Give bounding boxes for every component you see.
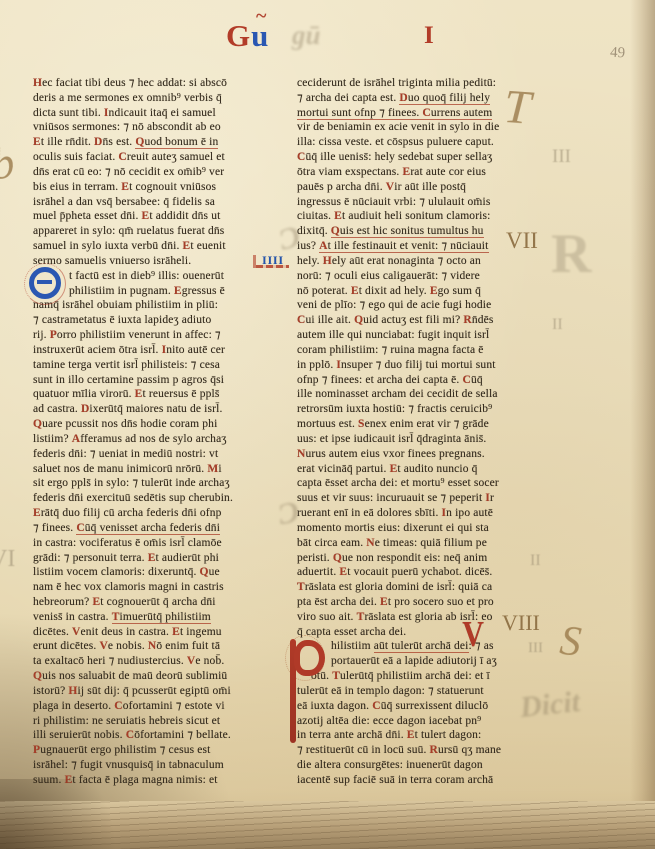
text-run: die altera consurgētes: inuenerūt dagon <box>297 759 483 771</box>
running-header-showthrough: gū <box>292 20 321 51</box>
text-line: sermo samuelis vniuerso isrāheli.IIII <box>33 254 291 269</box>
text-line: Nurus autem eius vxor finees pregnans. <box>297 447 555 462</box>
text-run: dn̄s erat cū eo: ⁊ nō cecidit ex om̄ib⁹ … <box>33 166 224 178</box>
rubricated-capital: E <box>430 285 438 297</box>
text-run: listiim vocem clamoris: dixeruntq̄. <box>33 566 200 578</box>
text-line: Hec faciat tibi deus ⁊ hec addat: si abs… <box>33 76 291 91</box>
rubricated-capital: D <box>94 136 102 148</box>
text-line: azotij altēa die: ecce dagon iacebat pn⁹ <box>297 714 555 729</box>
rubricated-capital: E <box>148 552 156 564</box>
text-run: e nobis. <box>108 640 148 652</box>
text-line: illi seruierūt nobis. Cōfortamini ⁊ bell… <box>33 728 291 743</box>
text-run: orro philistiim venerunt in affec: ⁊ <box>57 329 221 341</box>
rubricated-capital: E <box>135 388 143 400</box>
text-line: erat vicināq̄ partui. Et audito nuncio q… <box>297 462 555 477</box>
text-line: ri philistim: ne seruiatis hebreis sicut… <box>33 714 291 729</box>
text-run: iacentē sup faciē suā in terra coram arc… <box>297 774 493 786</box>
text-run: isrāhel: ⁊ fugit vnusquisq̄ in tabnaculu… <box>33 759 224 771</box>
text-line: peristi. Que non respondit eis: neq̄ ani… <box>297 551 555 566</box>
text-run: ō enim fuit tā <box>156 640 220 652</box>
text-run: ndicauit itaq̄ ei samuel <box>109 107 216 119</box>
text-run: istorū? <box>33 685 68 697</box>
text-run: t ingemu <box>180 626 222 638</box>
rubricated-capital: C <box>462 374 470 386</box>
rubricated-capital: D <box>399 92 407 105</box>
text-line: uus: et ipse iudicauit isrl̄ q̄draginta … <box>297 432 555 447</box>
initial-letter-shape <box>29 267 61 299</box>
right-margin-flourish-s: S <box>558 617 584 667</box>
running-header-letter: G <box>226 18 251 53</box>
text-line: Et ille rn̄dit. Dn̄s est. Quod bonum ē i… <box>33 135 291 150</box>
text-run: ue non respondit eis: neq̄ anim <box>342 552 487 564</box>
text-line: capta ēsset archa dei: et mortu⁹ esset s… <box>297 476 555 491</box>
rubricated-capital: M <box>207 463 218 475</box>
rubricated-phrase: t ille festinauit et venit: ⁊ nūciauit <box>328 240 489 253</box>
text-line: ta exaltacō heri ⁊ nudiustercius. Ve nob… <box>33 654 291 669</box>
text-line: sit ergo ppls̄ in sylo: ⁊ tulerūt inde a… <box>33 476 291 491</box>
rubricated-capital: Q <box>200 566 209 578</box>
text-line: grādi: ⁊ personuit terra. Et audierūt ph… <box>33 551 291 566</box>
text-run: uis nos saluabit de maū deorū sublimiū <box>42 670 227 682</box>
text-run: bis eius in terram. <box>33 181 121 193</box>
text-run: illa: cissa veste. et cōspsus puluere ca… <box>297 136 494 148</box>
text-run: t vocauit puerū ychabot. dicēs̄. <box>347 566 492 578</box>
rubricated-phrase: aūt tulerūt archā dei <box>374 640 469 653</box>
text-run: ursū qʒ mane <box>438 744 501 756</box>
text-run: dicētes. <box>33 626 72 638</box>
rubricated-capital: E <box>33 507 41 519</box>
text-line: momento mortis eius: dixerunt ei qui sta <box>297 521 555 536</box>
text-run: ciuitas. <box>297 210 334 222</box>
chapter-numeral: IIII <box>259 254 287 269</box>
text-run: plaga in deserto. <box>33 700 114 712</box>
text-run: quatuor mīlia virorū. <box>33 388 135 400</box>
text-line: namq̄ isrāhel obuiam philistiim in pliū: <box>33 298 291 313</box>
text-run: philistiim in pugnam. <box>69 285 174 297</box>
text-run: oculis suis faciat. <box>33 151 118 163</box>
text-run: portauerūt eā a lapide adiutorij ī aʒ <box>331 655 497 667</box>
text-line: ille nominasset archam dei cecidit de se… <box>297 387 555 402</box>
text-line: quatuor mīlia virorū. Et reuersus ē ppls… <box>33 387 291 402</box>
rubricated-phrase: uo quoq̄ filij hely <box>408 92 490 105</box>
text-run: deris a me sermones ex omnib⁹ verbis q̄ <box>33 92 222 104</box>
text-line: sunt in illo certamine passim p agros q̄… <box>33 373 291 388</box>
text-line: Pugnauerūt ergo philistim ⁊ cesus est <box>33 743 291 758</box>
rubricated-phrase: mortui sunt ofnp ⁊ finees. <box>297 107 422 120</box>
text-run: instruxerūt aciem ōtra isrl̄. <box>33 344 162 356</box>
text-run: sit ergo ppls̄ in sylo: ⁊ tulerūt inde a… <box>33 477 230 489</box>
text-run: namq̄ isrāhel obuiam philistiim in pliū: <box>33 299 218 311</box>
text-column-right: ceciderunt de isrāhel triginta milia ped… <box>297 76 555 788</box>
text-line: federis dn̄i: ⁊ ueniat in mediū nostri: … <box>33 447 291 462</box>
running-header-flourish: ~ <box>256 5 267 28</box>
rubricated-capital: C <box>126 729 134 741</box>
rubricated-capital: Q <box>333 552 342 564</box>
text-line: ⁊ castrametatus ē iuxta lapideʒ adiuto <box>33 313 291 328</box>
text-line: listiim? Afferamus ad nos de sylo archaʒ <box>33 432 291 447</box>
text-run: dicta sunt tibi. <box>33 107 104 119</box>
text-run: bāt circa eam. <box>297 537 366 549</box>
text-run: pauēs p archa dn̄i. <box>297 181 386 193</box>
text-run: dixitq̄. <box>297 225 331 237</box>
text-run: nito autē cer <box>166 344 225 356</box>
rubricated-capital: T <box>332 670 340 682</box>
text-line: nō poterat. Et dixit ad hely. Ego sum q̄ <box>297 284 555 299</box>
rubricated-capital: C <box>422 107 430 120</box>
text-run: ōfortamini ⁊ bellate. <box>134 729 231 741</box>
text-run: ⁊ finees. <box>33 522 76 534</box>
text-run: eā iuxta dagon. <box>297 700 372 712</box>
text-line: erunt dicētes. Ve nobis. Nō enim fuit tā <box>33 639 291 654</box>
text-run: samuel in sylo iuxta verbū dn̄i. <box>33 240 183 252</box>
rubricated-capital: E <box>172 626 180 638</box>
text-run: erat vicināq̄ partui. <box>297 463 390 475</box>
text-run: nam ē hec vox clamoris magni in castris <box>33 581 224 593</box>
text-run: pta ēst archa dei. <box>297 596 380 608</box>
text-run: reuit auteʒ samuel et <box>127 151 225 163</box>
text-line: in pplō. Insuper ⁊ duo filij tui mortui … <box>297 358 555 373</box>
text-line: dn̄s erat cū eo: ⁊ nō cecidit ex om̄ib⁹ … <box>33 165 291 180</box>
right-margin-ghost-iii-2: III <box>528 640 543 657</box>
rubricated-capital: R <box>430 744 438 756</box>
text-line: pauēs p archa dn̄i. Vir aūt ille postq̄ <box>297 180 555 195</box>
text-line: in castra: vociferatus ē om̄is isrl̄ cla… <box>33 536 291 551</box>
text-line: otū. Tulerūtq̄ philistiim archā dei: et … <box>311 669 555 684</box>
text-line: suus et vir suus: incuruauit se ⁊ peperi… <box>297 491 555 506</box>
text-run: ue <box>209 566 220 578</box>
text-line: coram philistiim: ⁊ ruina magna facta ē <box>297 343 555 358</box>
text-line: hely. Hely aūt erat nonaginta ⁊ octo an <box>297 254 555 269</box>
text-line: die altera consurgētes: inuenerūt dagon <box>297 758 555 773</box>
text-run: momento mortis eius: dixerunt ei qui sta <box>297 522 489 534</box>
text-run: fferamus ad nos de sylo archaʒ <box>80 433 226 445</box>
text-column-left: Hec faciat tibi deus ⁊ hec addat: si abs… <box>33 76 291 788</box>
text-run: rat aute cor eius <box>410 166 486 178</box>
text-run: uus: et ipse iudicauit isrl̄ q̄draginta … <box>297 433 486 445</box>
text-line: in terra ante archā dn̄i. Et tulert dago… <box>297 728 555 743</box>
gutter-shadow <box>0 779 150 849</box>
text-line: Erātq̄ duo filij cū archa federis dn̄i o… <box>33 506 291 521</box>
text-run: ely aūt erat nonaginta ⁊ octo an <box>332 255 481 267</box>
text-run: vniūsos sermones: ⁊ nō abscondit ab eo <box>33 121 221 133</box>
text-run: ui ille ait. <box>305 314 354 326</box>
text-line: t factū est in dieb⁹ illis: ouenerūt <box>69 269 291 284</box>
text-run: t addidit dn̄s ut <box>149 210 220 222</box>
text-line: ciuitas. Et audiuit heli sonitum clamori… <box>297 209 555 224</box>
text-run: t reuersus ē ppls̄ <box>143 388 220 400</box>
manuscript-page: Gu~ gū I 49 Hec faciat tibi deus ⁊ hec a… <box>0 0 655 849</box>
bottom-ghost-script: Dicit <box>518 685 581 725</box>
text-run: r <box>490 492 494 504</box>
text-run: mortuus est. <box>297 418 358 430</box>
text-line: vniūsos sermones: ⁊ nō abscondit ab eo <box>33 120 291 135</box>
right-margin-numeral-vii: VII <box>506 228 538 254</box>
text-line: Quis nos saluabit de maū deorū sublimiū <box>33 669 291 684</box>
text-run: isrāhel a dan vsq̄ bersabee: q̄ fidelis … <box>33 196 215 208</box>
text-run: e nob̄. <box>195 655 224 667</box>
text-run: ⁊ restituerūt cū in locū suū. <box>297 744 430 756</box>
text-run: rātq̄ duo filij cū archa federis dn̄i of… <box>41 507 222 519</box>
rubricated-capital: R <box>463 314 471 326</box>
text-run: vir de beniamin ex acie venit in sylo in… <box>297 121 499 133</box>
text-run: uare pcussit nos dn̄s hodie coram phi <box>42 418 217 430</box>
text-line: portauerūt eā a lapide adiutorij ī aʒ <box>331 654 555 669</box>
text-run: n ipo autē <box>446 507 493 519</box>
text-run: enex enim erat vir ⁊ grāde <box>365 418 489 430</box>
text-run: veniss̄ in castra. <box>33 611 112 623</box>
page-edge-right <box>630 0 655 849</box>
text-run: viro suo ait. <box>297 611 357 623</box>
rubricated-phrase: ūq̄ venisset archa federis dn̄i <box>85 522 220 535</box>
chapter-numeral: V <box>462 626 485 644</box>
text-run: saluet nos de manu inimicorū nrōrū. <box>33 463 207 475</box>
text-run: nō poterat. <box>297 285 351 297</box>
text-run: ofortamini ⁊ estote vi <box>123 700 225 712</box>
rubricated-capital: C <box>76 522 84 535</box>
rubricated-capital: E <box>407 729 415 741</box>
text-line: Trāslata est gloria domini de isrl̄: qui… <box>297 580 555 595</box>
text-line: veniss̄ in castra. Timuerūtq̄ philistiim <box>33 610 291 625</box>
text-line: bāt circa eam. Ne timeas: quiā filium pe <box>297 536 555 551</box>
text-run: in castra: vociferatus ē om̄is isrl̄ cla… <box>33 537 222 549</box>
text-line: autem ille qui nunciabat: fugit inquit i… <box>297 328 555 343</box>
rubricated-capital: H <box>33 77 42 89</box>
rubricated-phrase: imuerūtq̄ philistiim <box>120 611 211 624</box>
text-run: appareret in sylo: qm̄ ruelatus fuerat d… <box>33 225 224 237</box>
text-line: isrāhel a dan vsq̄ bersabee: q̄ fidelis … <box>33 195 291 210</box>
text-line: mortuus est. Senex enim erat vir ⁊ grāde <box>297 417 555 432</box>
rubricated-capital: E <box>33 136 41 148</box>
text-run: hely. <box>297 255 323 267</box>
rubricated-capital: C <box>372 700 380 712</box>
rubricated-capital: E <box>174 285 182 297</box>
text-run: urus autem eius vxor finees pregnans. <box>305 448 484 460</box>
text-line: ⁊ restituerūt cū in locū suū. Rursū qʒ m… <box>297 743 555 758</box>
text-line: iacentē sup faciē suā in terra coram arc… <box>297 773 555 788</box>
text-run: n̄s est. <box>103 136 136 148</box>
text-line: hebreorum? Et cognouerūt q̄ archa dn̄i <box>33 595 291 610</box>
text-line: istorū? Hij sūt dij: q̄ pcusserūt egiptū… <box>33 684 291 699</box>
text-line: aduertit. Et vocauit puerū ychabot. dicē… <box>297 565 555 580</box>
text-line: samuel in sylo iuxta verbū dn̄i. Et euen… <box>33 239 291 254</box>
text-run: suus et vir suus: incuruauit se ⁊ peperi… <box>297 492 485 504</box>
text-run: ruerant enī in eā dolores sbīti. <box>297 507 442 519</box>
text-line: rij. Porro philistiim venerunt in affec:… <box>33 328 291 343</box>
text-run: in pplō. <box>297 359 336 371</box>
text-run: illi seruierūt nobis. <box>33 729 126 741</box>
text-line: saluet nos de manu inimicorū nrōrū. Mi <box>33 462 291 477</box>
right-margin-ghost-iii: III <box>552 146 571 168</box>
text-run: gressus ē <box>182 285 225 297</box>
text-run: ad castra. <box>33 403 81 415</box>
rubricated-capital: A <box>319 240 327 253</box>
initial-letter-shape <box>294 640 325 676</box>
text-line: instruxerūt aciem ōtra isrl̄. Inito autē… <box>33 343 291 358</box>
text-run: ij sūt dij: q̄ pcusserūt egiptū om̄i <box>77 685 230 697</box>
text-run: ūq̄ <box>471 374 483 386</box>
text-run: ingressus ē nūciauit vrbi: ⁊ ululauit om… <box>297 196 490 208</box>
text-line: plaga in deserto. Cofortamini ⁊ estote v… <box>33 699 291 714</box>
text-run: in terra ante archā dn̄i. <box>297 729 407 741</box>
rubricated-capital: P <box>50 329 57 341</box>
text-line: oculis suis faciat. Creuit auteʒ samuel … <box>33 150 291 165</box>
text-line: Quare pcussit nos dn̄s hodie coram phi <box>33 417 291 432</box>
text-run: ta exaltacō heri ⁊ nudiustercius. <box>33 655 187 667</box>
text-run: ir aūt ille postq̄ <box>394 181 466 193</box>
text-line: illa: cissa veste. et cōspsus puluere ca… <box>297 135 555 150</box>
rubricated-capital: Q <box>331 225 340 238</box>
running-header: Gu~ <box>226 18 269 54</box>
rubricated-capital: V <box>99 640 107 652</box>
text-run: hebreorum? <box>33 596 92 608</box>
rubricated-capital: C <box>114 700 122 712</box>
text-line: retrorsūm iuxta hostiū: ⁊ fractis ceruic… <box>297 402 555 417</box>
rubricated-capital: T <box>112 611 120 624</box>
rubricated-capital: V <box>386 181 394 193</box>
text-run: t tulert dagon: <box>415 729 482 741</box>
text-line: hilistiim aūt tulerūt archā dei: ⁊ as <box>331 639 555 654</box>
text-line: dicētes. Venit deus in castra. Et ingemu <box>33 625 291 640</box>
text-line: tamine terga vertit isrl̄ philisteis: ⁊ … <box>33 358 291 373</box>
text-run: coram philistiim: ⁊ ruina magna facta ē <box>297 344 484 356</box>
left-margin-flourish: b <box>0 137 17 191</box>
rubricated-capital: C <box>118 151 126 163</box>
text-line: dicta sunt tibi. Indicauit itaq̄ ei samu… <box>33 106 291 121</box>
text-run: i <box>218 463 221 475</box>
text-run: norū: ⁊ oculi eius caligauerāt: ⁊ videre <box>297 270 480 282</box>
text-run: ec faciat tibi deus ⁊ hec addat: si absc… <box>42 77 227 89</box>
right-margin-ghost-ii-2: II <box>530 552 541 570</box>
text-run: uid actuʒ est fili mi? <box>363 314 463 326</box>
text-line: Cui ille ait. Quid actuʒ est fili mi? Rn… <box>297 313 555 328</box>
text-run: t pro socero suo et pro <box>388 596 494 608</box>
text-line: Cūq̄ ille ueniss̄: hely sedebat super se… <box>297 150 555 165</box>
rubricated-capital: Q <box>33 670 42 682</box>
text-line: ofnp ⁊ finees: et archa dei capta ē. Cūq… <box>297 373 555 388</box>
text-run: capta ēsset archa dei: et mortu⁹ esset s… <box>297 477 499 489</box>
rubricated-capital: T <box>297 581 305 593</box>
text-line: listiim vocem clamoris: dixeruntq̄. Que <box>33 565 291 580</box>
text-line: veni de plīo: ⁊ ego qui de acie fugi hod… <box>297 298 555 313</box>
text-run: listiim? <box>33 433 72 445</box>
folio-number: 49 <box>610 45 626 63</box>
text-run: federis dn̄i: ⁊ ueniat in mediū nostri: … <box>33 448 218 460</box>
right-margin-flourish-t: T <box>502 79 532 136</box>
text-run: t ille rn̄dit. <box>41 136 94 148</box>
text-run: azotij altēa die: ecce dagon iacebat pn⁹ <box>297 715 481 727</box>
text-run: grādi: ⁊ personuit terra. <box>33 552 148 564</box>
rubricated-capital: N <box>366 537 374 549</box>
text-line: pta ēst archa dei. Et pro socero suo et … <box>297 595 555 610</box>
text-run: ⁊ castrametatus ē iuxta lapideʒ adiuto <box>33 314 211 326</box>
text-run: t factū est in dieb⁹ illis: ouenerūt <box>69 270 224 282</box>
text-run: ōtra viam exspectans. <box>297 166 403 178</box>
rubricated-capital: E <box>121 181 129 193</box>
text-line: ingressus ē nūciauit vrbi: ⁊ ululauit om… <box>297 195 555 210</box>
text-run: n̄dēs <box>472 314 494 326</box>
text-run: ixerūtq̄ maiores natu de isrl̄. <box>89 403 222 415</box>
left-margin-ghost-numeral-vi: VI <box>0 546 15 573</box>
text-run: tulerūt eā in templo dagon: ⁊ statuerunt <box>297 685 484 697</box>
text-run: veni de plīo: ⁊ ego qui de acie fugi hod… <box>297 299 491 311</box>
rubricated-phrase: urrens autem <box>431 107 493 120</box>
text-run: ulerūtq̄ philistiim archā dei: et ī <box>340 670 490 682</box>
text-run: hilistiim <box>331 640 374 652</box>
text-line: norū: ⁊ oculi eius caligauerāt: ⁊ videre <box>297 269 555 284</box>
text-run: sunt in illo certamine passim p agros q̄… <box>33 374 224 386</box>
text-line: tulerūt eā in templo dagon: ⁊ statuerunt <box>297 684 555 699</box>
text-line: ōtra viam exspectans. Erat aute cor eius <box>297 165 555 180</box>
text-run: t audierūt phi <box>156 552 219 564</box>
rubricated-capital: Q <box>33 418 42 430</box>
text-run: federis dn̄i exercituū sedētis sup cheru… <box>33 492 233 504</box>
rubricated-capital: E <box>351 285 359 297</box>
running-header-book-numeral: I <box>424 22 434 50</box>
rubricated-capital: V <box>72 626 80 638</box>
text-line: eā iuxta dagon. Cūq̄ surrexissent dilucl… <box>297 699 555 714</box>
text-line: ad castra. Dixerūtq̄ maiores natu de isr… <box>33 402 291 417</box>
text-line: appareret in sylo: qm̄ ruelatus fuerat d… <box>33 224 291 239</box>
rubricated-phrase: uis est hic sonitus tumultus hu <box>340 225 484 238</box>
text-run: ⁊ archa dei capta est. <box>297 92 399 104</box>
text-run: peristi. <box>297 552 333 564</box>
text-run: e timeas: quiā filium pe <box>375 537 487 549</box>
rubricated-capital: H <box>323 255 332 267</box>
rubricated-phrase: uod bonum ē in <box>144 136 218 149</box>
text-line: ruerant enī in eā dolores sbīti. In ipo … <box>297 506 555 521</box>
text-run: rāslata est gloria domini de isrl̄: quiā… <box>305 581 492 593</box>
text-run: t cognouerūt q̄ archa dn̄i <box>100 596 215 608</box>
text-run: nsuper ⁊ duo filij tui mortui sunt <box>341 359 496 371</box>
text-run: ri philistim: ne seruiatis hebreis sicut… <box>33 715 220 727</box>
rubricated-capital: Q <box>354 314 363 326</box>
text-run: retrorsūm iuxta hostiū: ⁊ fractis ceruic… <box>297 403 492 415</box>
text-run: ceciderunt de isrāhel triginta milia ped… <box>297 77 496 89</box>
text-line: isrāhel: ⁊ fugit vnusquisq̄ in tabnaculu… <box>33 758 291 773</box>
text-run: t audiuit heli sonitum clamoris: <box>342 210 491 222</box>
text-run: enit deus in castra. <box>81 626 173 638</box>
text-run: go sum q̄ <box>438 285 481 297</box>
text-run: t audito nuncio q̄ <box>397 463 477 475</box>
text-line: muel p̄pheta esset dn̄i. Et addidit dn̄s… <box>33 209 291 224</box>
text-run: ofnp ⁊ finees: et archa dei capta ē. <box>297 374 462 386</box>
text-run: aduertit. <box>297 566 339 578</box>
text-run: tamine terga vertit isrl̄ philisteis: ⁊ … <box>33 359 220 371</box>
text-run: ūq̄ surrexissent diluclō <box>381 700 489 712</box>
text-run: t dixit ad hely. <box>359 285 430 297</box>
rubricated-capital: E <box>334 210 342 222</box>
right-margin-ghost-ii-1: II <box>552 316 563 334</box>
text-run: autem ille qui nunciabat: fugit inquit i… <box>297 329 489 341</box>
text-run: ugnauerūt ergo philistim ⁊ cesus est <box>40 744 210 756</box>
rubricated-capital: A <box>72 433 80 445</box>
rubricated-capital: E <box>380 596 388 608</box>
text-line: philistiim in pugnam. Egressus ē <box>69 284 291 299</box>
text-run: muel p̄pheta esset dn̄i. <box>33 210 142 222</box>
text-run: erunt dicētes. <box>33 640 99 652</box>
text-run: t euenit <box>190 240 225 252</box>
text-line: nam ē hec vox clamoris magni in castris <box>33 580 291 595</box>
text-run: rij. <box>33 329 50 341</box>
text-run: ille nominasset archam dei cecidit de se… <box>297 388 498 400</box>
text-line: federis dn̄i exercituū sedētis sup cheru… <box>33 491 291 506</box>
text-run: ūq̄ ille ueniss̄: hely sedebat super sel… <box>305 151 492 163</box>
text-line: deris a me sermones ex omnib⁹ verbis q̄ <box>33 91 291 106</box>
text-line: ⁊ finees. Cūq̄ venisset archa federis dn… <box>33 521 291 536</box>
right-margin-numeral-viii: VIII <box>502 610 540 636</box>
text-line: bis eius in terram. Et cognouit vniūsos <box>33 180 291 195</box>
text-run: t cognouit vniūsos <box>129 181 216 193</box>
